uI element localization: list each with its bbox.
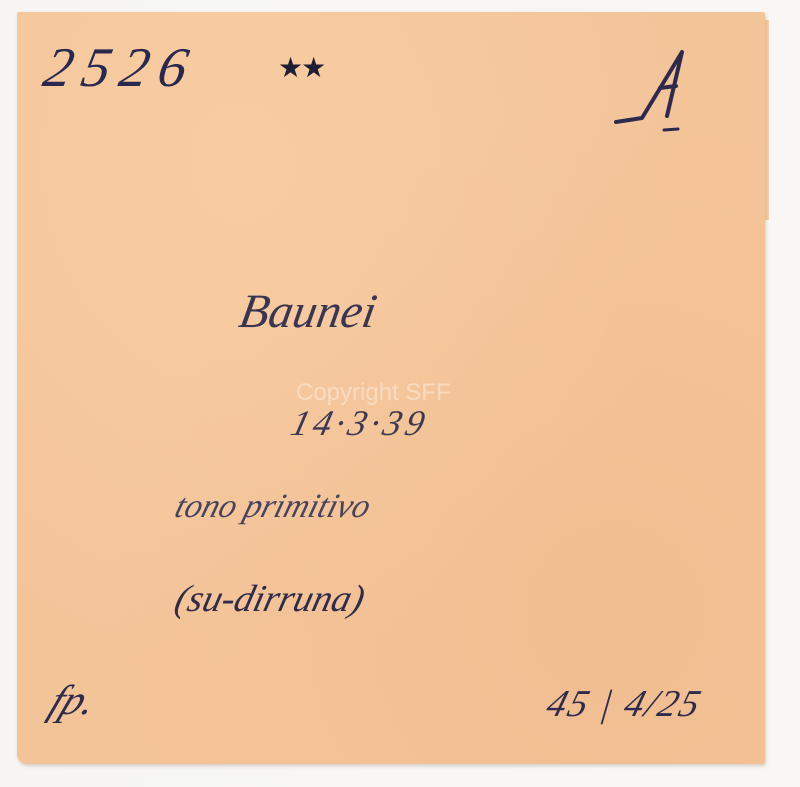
- handwritten-a-icon: [612, 44, 692, 134]
- series-letter-a: A: [612, 44, 692, 134]
- date: 14·3·39: [288, 405, 433, 441]
- star-marks-icon: ★★: [278, 54, 324, 82]
- place-name: Baunei: [236, 288, 380, 336]
- description-text: tono primitivo: [171, 490, 374, 524]
- reference-number: 45 | 4/25: [543, 685, 707, 723]
- local-name-text: (su-dirruna): [171, 578, 369, 620]
- local-name: (su-dirruna): [171, 580, 368, 618]
- catalog-number: 2526: [39, 40, 203, 96]
- photo-backdrop: 2526 ★★ A Baunei Copyright SFF 14·3·39 t…: [0, 0, 800, 787]
- card-edge-shadow: [765, 20, 769, 220]
